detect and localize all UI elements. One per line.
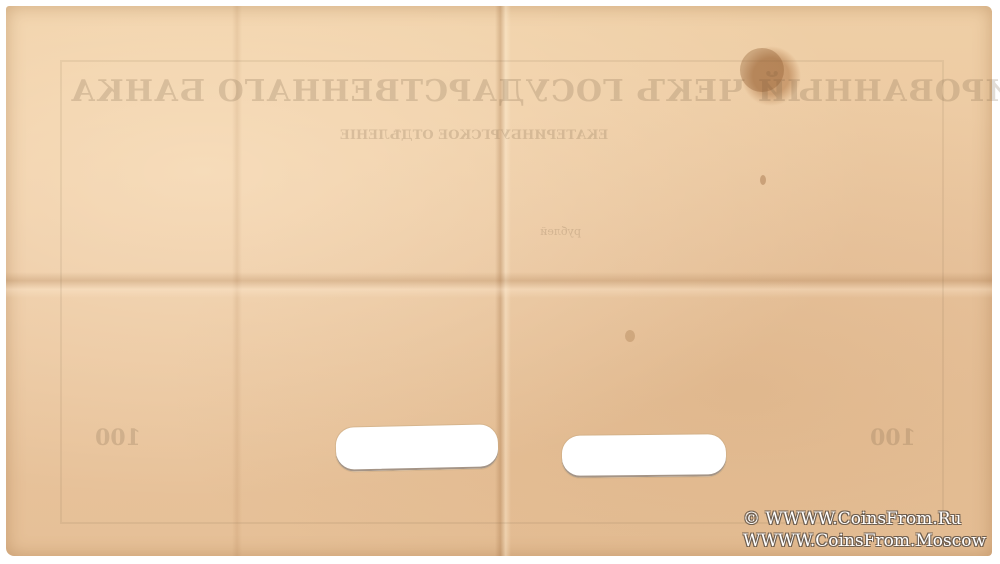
- stain-mark: [625, 330, 635, 342]
- ghost-title-text: ГАРАНТИРОВАННЫЙ ЧЕКЪ ГОСУДАРСТВЕННАГО БА…: [70, 74, 1000, 109]
- stain-mark: [760, 175, 766, 185]
- ghost-subtitle-text: ЕКАТЕРИНБУРГСКОЕ ОТДѢЛЕНIЕ: [340, 128, 608, 143]
- watermark-line-2: WWWW.CoinsFrom.Moscow: [743, 530, 986, 552]
- cancellation-hole-right: [562, 434, 726, 478]
- stain-mark: [740, 48, 784, 92]
- cancellation-hole-left: [336, 424, 499, 471]
- watermark-line-1: © WWWW.CoinsFrom.Ru: [743, 508, 986, 530]
- ghost-denomination-left: 100: [95, 425, 141, 451]
- ghost-currency-text: рублей: [540, 225, 581, 238]
- ghost-denomination-right: 100: [870, 425, 916, 451]
- watermark: © WWWW.CoinsFrom.Ru WWWW.CoinsFrom.Mosco…: [743, 508, 986, 552]
